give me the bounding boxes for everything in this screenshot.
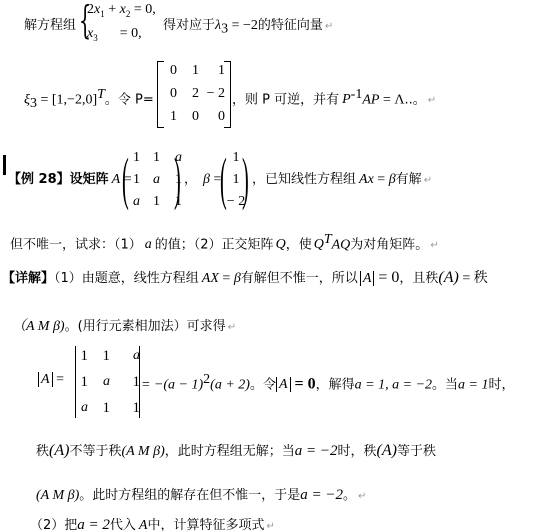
text-solve-system: 解方程组 [24, 14, 76, 33]
linear-system-text: ，已知线性方程组Ax = β有解↵ [252, 168, 432, 188]
eigenvector-xi3: ξ3 = [1,−2,0]T。令 P= [24, 87, 154, 112]
beta-label: ，β = [184, 168, 221, 188]
determinant-matrix: 11a 1a1 a11 [78, 348, 140, 417]
det-lhs: A = [38, 372, 64, 388]
det-result: = −(a − 1)2(a + 2)。令A = 0，解得a = 1, a = −… [141, 372, 515, 393]
change-bar [3, 155, 6, 175]
matrix-A: 11a 1a1 a11 [130, 150, 182, 210]
eigen-text: 得对应于λ3 = −2的特征向量↵ [163, 14, 333, 38]
solution-line-6: (A M β)。此时方程组的解存在但不惟一，于是a = −2。↵ [36, 484, 366, 504]
matrix-P-right-bracket [224, 61, 231, 128]
example-28-label: 【例 28】设矩阵A = [8, 168, 132, 188]
det-left-bar [75, 346, 76, 418]
solution-line-2: （A M β)。(用行元素相加法）可求得↵ [12, 315, 236, 335]
matrix-P: 011 02− 2 100 [163, 63, 225, 125]
p-invertible-text: ，则 P 可逆，并有P-1AP = Λ..。↵ [232, 87, 436, 108]
question-text: 但不唯一，试求：（1）a的值；（2）正交矩阵Q，使QTAQ为对角矩阵。↵ [10, 232, 439, 253]
equation-2: x3= 0, [87, 26, 142, 43]
matrix-A-left-paren: ( [122, 150, 129, 208]
solution-line-5: 秩(A)不等于秩(A M β)，此时方程组无解；当a = −2时，秩(A)等于秩 [36, 440, 436, 460]
solution-part-2: （2）把a = 2代入A中，计算特征多项式↵ [30, 514, 275, 531]
solution-line-1: 【详解】（1）由题意，线性方程组AX = β有解但不惟一，所以A = 0，且秩(… [2, 267, 488, 287]
equation-1: 2x1 + x2 = 0, [87, 2, 156, 19]
vector-beta: 1 1 − 2 [226, 150, 246, 210]
